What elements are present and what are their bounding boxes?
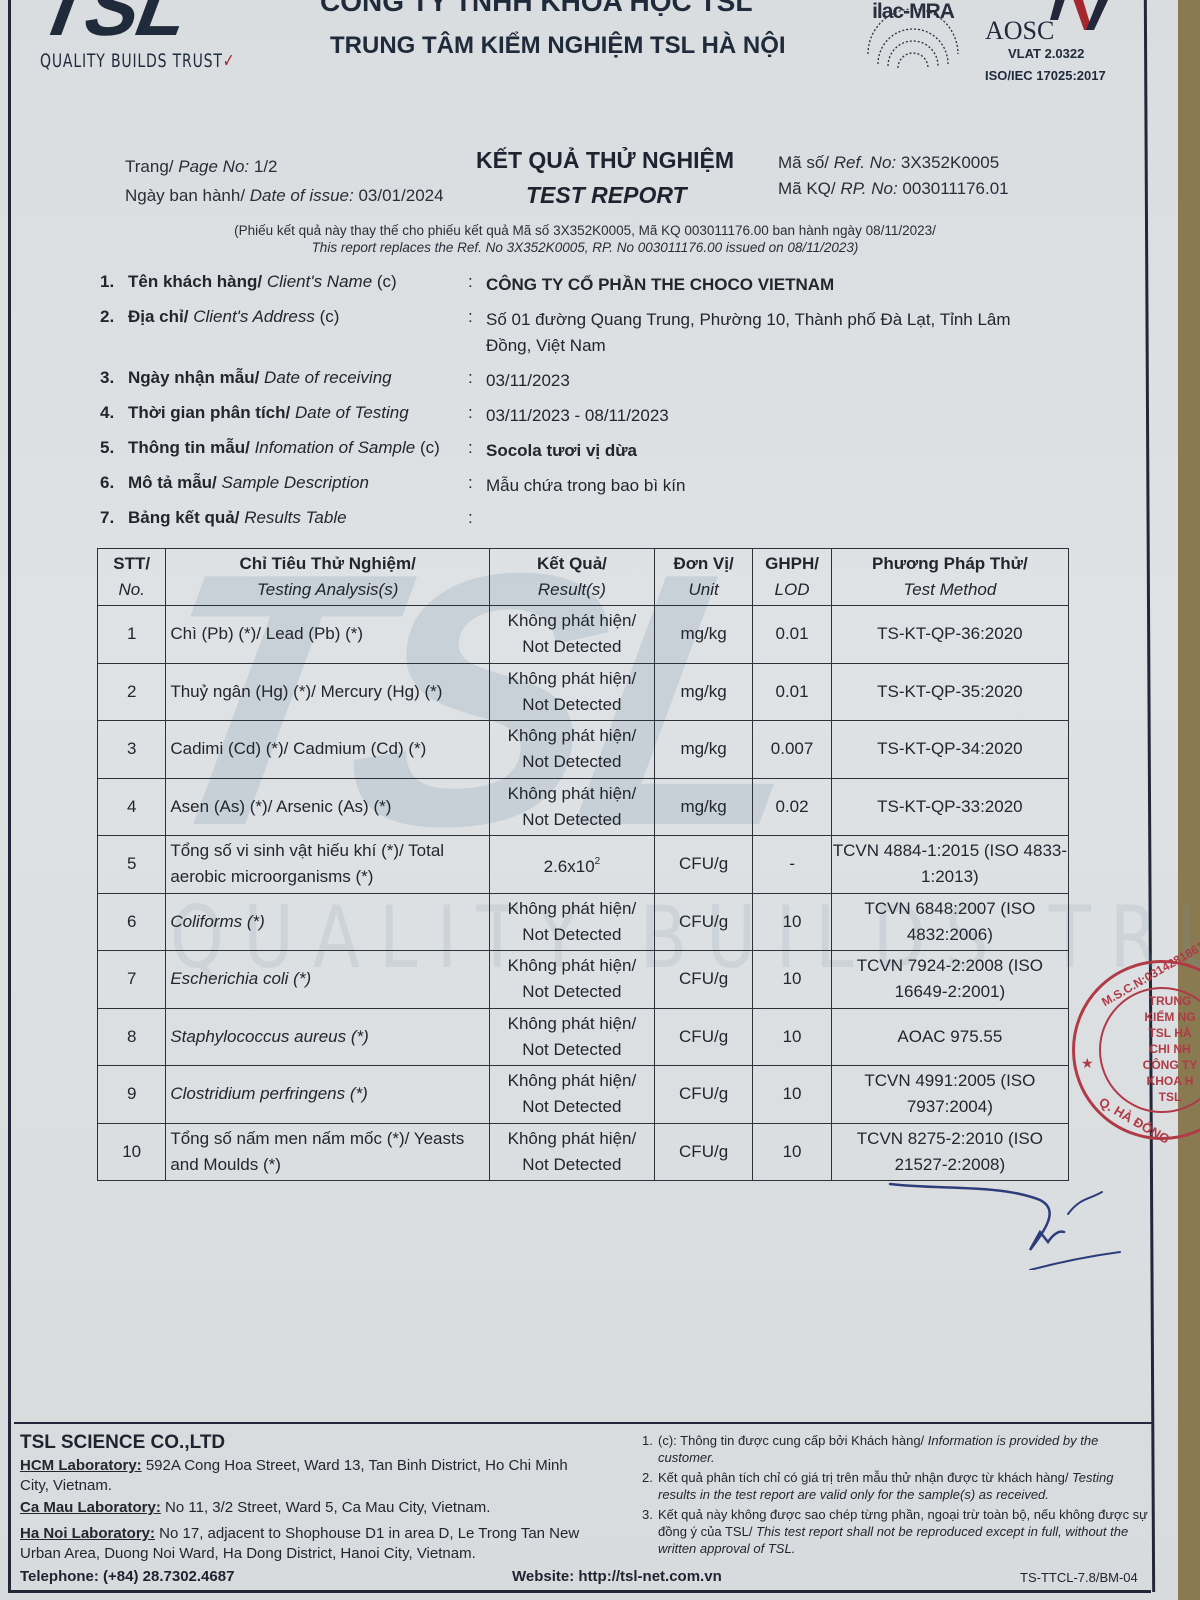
info-colon: : [468, 368, 473, 388]
cell-unit: CFU/g [654, 893, 753, 951]
info-number: 5. [100, 438, 114, 458]
footer-website-link[interactable]: Website: http://tsl-net.com.vn [512, 1568, 722, 1585]
cell-analysis: Tổng số vi sinh vật hiếu khí (*)/ Total … [166, 836, 490, 894]
ref-number: Mã số/ Ref. No: 3X352K0005 [778, 153, 999, 173]
info-label-vn: Địa chỉ/ [128, 307, 188, 326]
stamp-line: TRUNG [1115, 993, 1200, 1009]
cell-no: 2 [98, 663, 166, 721]
cell-result: 2.6x102 [490, 836, 655, 894]
result-en: Not Detected [490, 749, 654, 775]
column-header-en: No. [98, 577, 165, 603]
cell-result: Không phát hiện/Not Detected [490, 893, 655, 951]
info-value: Mẫu chứa trong bao bì kín [486, 473, 1026, 499]
ilac-label: ilac-MRA [858, 0, 968, 24]
info-label-en: Infomation of Sample [255, 438, 416, 457]
result-vn: Không phát hiện/ [490, 781, 654, 807]
iso-standard: ISO/IEC 17025:2017 [985, 68, 1106, 83]
column-header: STT/No. [98, 549, 166, 606]
footer-lab-hanoi: Ha Noi Laboratory: No 17, adjacent to Sh… [20, 1524, 590, 1564]
column-header: Chỉ Tiêu Thử Nghiệm/Testing Analysis(s) [166, 549, 490, 606]
info-label-en: Client's Address [193, 307, 315, 326]
aosc-label: AOSC [985, 16, 1054, 46]
cell-lod: 0.01 [753, 606, 831, 664]
column-header-vn: STT/ [98, 551, 165, 577]
info-colon: : [468, 307, 473, 327]
vlat-code: VLAT 2.0322 [1008, 46, 1084, 61]
column-header-vn: Đơn Vị/ [655, 551, 753, 577]
cell-method: TS-KT-QP-33:2020 [831, 778, 1068, 836]
report-title-vn: KẾT QUẢ THỬ NGHIỆM [476, 147, 734, 174]
ref-value: 3X352K0005 [901, 153, 999, 172]
lab-name: Ca Mau Laboratory: [20, 1499, 161, 1516]
footer-note: 3.Kết quả này không được sao chép từng p… [642, 1506, 1152, 1557]
lab-name: HCM Laboratory: [20, 1457, 142, 1474]
info-label-vn: Thời gian phân tích/ [128, 403, 290, 422]
column-header-en: Testing Analysis(s) [166, 577, 489, 603]
cell-unit: mg/kg [654, 606, 753, 664]
footer-divider [14, 1422, 1152, 1424]
cell-method: AOAC 975.55 [831, 1008, 1068, 1066]
page-number: Trang/ Page No: 1/2 [125, 157, 278, 177]
cell-lod: 10 [753, 893, 831, 951]
column-header-vn: Chỉ Tiêu Thử Nghiệm/ [166, 551, 489, 577]
info-value: CÔNG TY CỔ PHẦN THE CHOCO VIETNAM [486, 272, 1026, 298]
note-number: 3. [642, 1506, 653, 1523]
note-vn: (c): Thông tin được cung cấp bởi Khách h… [658, 1433, 928, 1448]
cell-analysis: Thuỷ ngân (Hg) (*)/ Mercury (Hg) (*) [166, 663, 490, 721]
result-en: Not Detected [490, 807, 654, 833]
cell-method: TS-KT-QP-36:2020 [831, 606, 1068, 664]
info-value: 03/11/2023 - 08/11/2023 [486, 403, 1026, 429]
info-colon: : [468, 403, 473, 423]
note-number: 2. [642, 1469, 653, 1486]
info-label-en: Sample Description [222, 473, 369, 492]
info-label-vn: Thông tin mẫu/ [128, 438, 250, 457]
cell-no: 8 [98, 1008, 166, 1066]
result-vn: Không phát hiện/ [490, 723, 654, 749]
cell-unit: mg/kg [654, 721, 753, 779]
rp-label-vn: Mã KQ/ [778, 179, 836, 198]
table-row: 1Chì (Pb) (*)/ Lead (Pb) (*)Không phát h… [98, 606, 1069, 664]
result-en: Not Detected [490, 1152, 654, 1178]
info-label: Thời gian phân tích/ Date of Testing [128, 403, 409, 423]
page-label-en: Page No: [178, 157, 249, 176]
cell-lod: 10 [753, 1123, 831, 1181]
cell-lod: 10 [753, 1066, 831, 1124]
info-number: 2. [100, 307, 114, 327]
cell-unit: CFU/g [654, 1123, 753, 1181]
table-row: 4Asen (As) (*)/ Arsenic (As) (*)Không ph… [98, 778, 1069, 836]
column-header-en: Result(s) [490, 577, 654, 603]
issue-label-en: Date of issue: [250, 186, 354, 205]
column-header-vn: GHPH/ [753, 551, 830, 577]
rp-number: Mã KQ/ RP. No: 003011176.01 [778, 179, 1009, 199]
info-label-vn: Tên khách hàng/ [128, 272, 262, 291]
info-label-suffix: (c) [372, 272, 397, 291]
result-vn: Không phát hiện/ [490, 608, 654, 634]
cell-lod: 0.01 [753, 663, 831, 721]
table-header-row: STT/No.Chỉ Tiêu Thử Nghiệm/Testing Analy… [98, 549, 1069, 606]
column-header-vn: Phương Pháp Thử/ [832, 551, 1068, 577]
report-paper: TSL QUALITY BUILDS TRUST TSL QUALITY BUI… [0, 0, 1178, 1600]
replacement-notice-vn: (Phiếu kết quả này thay thế cho phiếu kế… [120, 222, 1050, 239]
cell-method: TCVN 4991:2005 (ISO 7937:2004) [831, 1066, 1068, 1124]
company-seal-stamp: M.S.C.N:0314281861 ★ TRUNGKIỂM NGTSL HÀC… [1072, 960, 1200, 1140]
cell-no: 10 [98, 1123, 166, 1181]
cell-result: Không phát hiện/Not Detected [490, 1008, 655, 1066]
lab-center-name: TRUNG TÂM KIỂM NGHIỆM TSL HÀ NỘI [330, 32, 786, 60]
info-label-vn: Ngày nhận mẫu/ [128, 368, 259, 387]
info-label: Bảng kết quả/ Results Table [128, 508, 347, 528]
ref-label-vn: Mã số/ [778, 153, 829, 172]
info-number: 3. [100, 368, 114, 388]
info-label: Mô tả mẫu/ Sample Description [128, 473, 369, 493]
info-colon: : [468, 438, 473, 458]
info-label-vn: Mô tả mẫu/ [128, 473, 217, 492]
note-number: 1. [642, 1432, 653, 1449]
stamp-line: CÔNG TY [1115, 1057, 1200, 1073]
table-row: 7Escherichia coli (*)Không phát hiện/Not… [98, 951, 1069, 1009]
cell-method: TS-KT-QP-34:2020 [831, 721, 1068, 779]
check-icon: ✓ [223, 50, 236, 72]
info-number: 1. [100, 272, 114, 292]
footer-company: TSL SCIENCE CO.,LTD [20, 1432, 225, 1454]
stamp-line: CHI NH [1115, 1041, 1200, 1057]
stamp-line: TSL HÀ [1115, 1025, 1200, 1041]
cell-analysis: Chì (Pb) (*)/ Lead (Pb) (*) [166, 606, 490, 664]
cell-analysis: Staphylococcus aureus (*) [166, 1008, 490, 1066]
lab-address: No 11, 3/2 Street, Ward 5, Ca Mau City, … [161, 1499, 491, 1516]
info-label-en: Results Table [244, 508, 346, 527]
table-row: 3Cadimi (Cd) (*)/ Cadmium (Cd) (*)Không … [98, 721, 1069, 779]
cell-no: 6 [98, 893, 166, 951]
stamp-line: KIỂM NG [1115, 1009, 1200, 1025]
report-title-en: TEST REPORT [526, 182, 687, 209]
info-colon: : [468, 508, 473, 528]
info-label-en: Date of Testing [295, 403, 409, 422]
ilac-mra-logo-icon: ilac-MRA [858, 0, 968, 70]
info-colon: : [468, 272, 473, 292]
issue-date: Ngày ban hành/ Date of issue: 03/01/2024 [125, 186, 444, 206]
table-row: 8Staphylococcus aureus (*)Không phát hiệ… [98, 1008, 1069, 1066]
page-border-right [1144, 0, 1155, 1592]
issue-label-vn: Ngày ban hành/ [125, 186, 245, 205]
issue-value: 03/01/2024 [358, 186, 443, 205]
ref-label-en: Ref. No: [834, 153, 896, 172]
info-value: Số 01 đường Quang Trung, Phường 10, Thàn… [486, 307, 1026, 359]
cell-result: Không phát hiện/Not Detected [490, 606, 655, 664]
result-en: Not Detected [490, 1037, 654, 1063]
cell-unit: CFU/g [654, 1066, 753, 1124]
cell-analysis: Tổng số nấm men nấm mốc (*)/ Yeasts and … [166, 1123, 490, 1181]
cell-no: 9 [98, 1066, 166, 1124]
table-row: 2Thuỷ ngân (Hg) (*)/ Mercury (Hg) (*)Khô… [98, 663, 1069, 721]
cell-no: 1 [98, 606, 166, 664]
cell-lod: 0.02 [753, 778, 831, 836]
cell-unit: mg/kg [654, 778, 753, 836]
form-code: TS-TTCL-7.8/BM-04 [1020, 1570, 1138, 1585]
info-label-en: Client's Name [267, 272, 372, 291]
info-label: Tên khách hàng/ Client's Name (c) [128, 272, 397, 292]
rp-label-en: RP. No: [840, 179, 897, 198]
info-label-suffix: (c) [415, 438, 440, 457]
company-name: CÔNG TY TNHH KHOA HỌC TSL [320, 0, 752, 18]
result-en: Not Detected [490, 634, 654, 660]
info-number: 4. [100, 403, 114, 423]
info-value: 03/11/2023 [486, 368, 1026, 394]
cell-no: 7 [98, 951, 166, 1009]
result-vn: Không phát hiện/ [490, 666, 654, 692]
info-value: Socola tươi vị dừa [486, 438, 1026, 464]
page-label-vn: Trang/ [125, 157, 174, 176]
result-vn: Không phát hiện/ [490, 1011, 654, 1037]
cell-method: TS-KT-QP-35:2020 [831, 663, 1068, 721]
stamp-center-text: TRUNGKIỂM NGTSL HÀCHI NHCÔNG TYKHOA HTSL [1115, 993, 1200, 1105]
info-label-suffix: (c) [315, 307, 340, 326]
rp-value: 003011176.01 [902, 179, 1008, 198]
tsl-logo: TSL [32, 0, 193, 54]
replacement-notice-en: This report replaces the Ref. No 3X352K0… [120, 239, 1050, 256]
cell-no: 4 [98, 778, 166, 836]
replacement-notice: (Phiếu kết quả này thay thế cho phiếu kế… [120, 222, 1050, 256]
table-row: 5Tổng số vi sinh vật hiếu khí (*)/ Total… [98, 836, 1069, 894]
tagline-text: QUALITY BUILDS TRUST [40, 50, 223, 72]
cell-result: Không phát hiện/Not Detected [490, 951, 655, 1009]
page-value: 1/2 [254, 157, 278, 176]
result-en: Not Detected [490, 1094, 654, 1120]
cell-unit: CFU/g [654, 951, 753, 1009]
result-vn: Không phát hiện/ [490, 896, 654, 922]
cell-result: Không phát hiện/Not Detected [490, 663, 655, 721]
table-body: 1Chì (Pb) (*)/ Lead (Pb) (*)Không phát h… [98, 606, 1069, 1181]
results-table: STT/No.Chỉ Tiêu Thử Nghiệm/Testing Analy… [97, 548, 1069, 1181]
column-header-en: LOD [753, 577, 830, 603]
footer-notes: 1.(c): Thông tin được cung cấp bởi Khách… [642, 1432, 1152, 1560]
cell-method: TCVN 7924-2:2008 (ISO 16649-2:2001) [831, 951, 1068, 1009]
cell-no: 3 [98, 721, 166, 779]
footer-lab-camau: Ca Mau Laboratory: No 11, 3/2 Street, Wa… [20, 1498, 590, 1518]
cell-unit: CFU/g [654, 1008, 753, 1066]
result-vn: Không phát hiện/ [490, 1068, 654, 1094]
info-label-vn: Bảng kết quả/ [128, 508, 239, 527]
cell-result: Không phát hiện/Not Detected [490, 1066, 655, 1124]
cell-method: TCVN 4884-1:2015 (ISO 4833-1:2013) [831, 836, 1068, 894]
aosc-mark-icon [1050, 0, 1110, 40]
cell-analysis: Clostridium perfringens (*) [166, 1066, 490, 1124]
cell-lod: 0.007 [753, 721, 831, 779]
info-label: Ngày nhận mẫu/ Date of receiving [128, 368, 392, 388]
page-border-left [8, 0, 11, 1592]
lab-name: Ha Noi Laboratory: [20, 1525, 155, 1542]
column-header: Kết Quả/Result(s) [490, 549, 655, 606]
cell-result: Không phát hiện/Not Detected [490, 1123, 655, 1181]
info-label: Địa chỉ/ Client's Address (c) [128, 307, 339, 327]
column-header-vn: Kết Quả/ [490, 551, 654, 577]
note-vn: Kết quả phân tích chỉ có giá trị trên mẫ… [658, 1470, 1072, 1485]
info-label-en: Date of receiving [264, 368, 392, 387]
cell-unit: CFU/g [654, 836, 753, 894]
signature [880, 1170, 1140, 1270]
info-colon: : [468, 473, 473, 493]
page-border-bottom [8, 1590, 1151, 1593]
cell-method: TCVN 6848:2007 (ISO 4832:2006) [831, 893, 1068, 951]
cell-lod: 10 [753, 951, 831, 1009]
result-exponent: 2 [595, 856, 601, 867]
column-header: Đơn Vị/Unit [654, 549, 753, 606]
cell-no: 5 [98, 836, 166, 894]
footer-telephone: Telephone: (+84) 28.7302.4687 [20, 1568, 234, 1585]
result-vn: Không phát hiện/ [490, 953, 654, 979]
result-en: Not Detected [490, 922, 654, 948]
cell-analysis: Coliforms (*) [166, 893, 490, 951]
column-header: GHPH/LOD [753, 549, 831, 606]
footer-lab-hcm: HCM Laboratory: 592A Cong Hoa Street, Wa… [20, 1456, 590, 1496]
info-number: 7. [100, 508, 114, 528]
cell-lod: 10 [753, 1008, 831, 1066]
cell-result: Không phát hiện/Not Detected [490, 721, 655, 779]
cell-analysis: Escherichia coli (*) [166, 951, 490, 1009]
table-row: 9Clostridium perfringens (*)Không phát h… [98, 1066, 1069, 1124]
footer-note: 1.(c): Thông tin được cung cấp bởi Khách… [642, 1432, 1152, 1466]
cell-result: Không phát hiện/Not Detected [490, 778, 655, 836]
stamp-line: TSL [1115, 1089, 1200, 1105]
result-en: Not Detected [490, 692, 654, 718]
info-label: Thông tin mẫu/ Infomation of Sample (c) [128, 438, 440, 458]
logo-tagline: QUALITY BUILDS TRUST✓ [40, 50, 235, 72]
footer-note: 2.Kết quả phân tích chỉ có giá trị trên … [642, 1469, 1152, 1503]
cell-unit: mg/kg [654, 663, 753, 721]
star-icon: ★ [1081, 1055, 1094, 1072]
result-vn: Không phát hiện/ [490, 1126, 654, 1152]
result-en: Not Detected [490, 979, 654, 1005]
column-header-en: Unit [655, 577, 753, 603]
cell-analysis: Asen (As) (*)/ Arsenic (As) (*) [166, 778, 490, 836]
info-number: 6. [100, 473, 114, 493]
table-row: 6Coliforms (*)Không phát hiện/Not Detect… [98, 893, 1069, 951]
cell-analysis: Cadimi (Cd) (*)/ Cadmium (Cd) (*) [166, 721, 490, 779]
column-header: Phương Pháp Thử/Test Method [831, 549, 1068, 606]
cell-lod: - [753, 836, 831, 894]
column-header-en: Test Method [832, 577, 1068, 603]
stamp-line: KHOA H [1115, 1073, 1200, 1089]
